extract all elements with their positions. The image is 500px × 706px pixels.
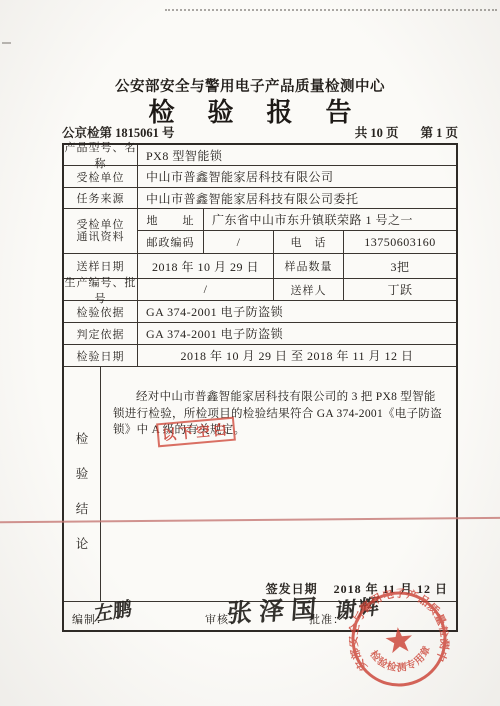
page-number: 第 1 页 bbox=[420, 123, 458, 141]
report-table: 产品型号、名称 PX8 型智能锁 受检单位 中山市普鑫智能家居科技有限公司 任务… bbox=[62, 143, 458, 632]
signature-prepared: 左鹏 bbox=[94, 594, 132, 627]
test-basis-label: 检验依据 bbox=[64, 301, 138, 323]
seal-ring-text: 公安部安全与警用电子产品质量检测中心 bbox=[344, 584, 454, 675]
product-value: PX8 型智能锁 bbox=[138, 145, 456, 166]
phone-label: 电 话 bbox=[274, 231, 344, 254]
unit-value: 中山市普鑫智能家居科技有限公司 bbox=[138, 166, 456, 188]
task-source-value: 中山市普鑫智能家居科技有限公司委托 bbox=[138, 188, 456, 209]
conclusion-vertical-label: 检 验 结 论 bbox=[64, 367, 101, 601]
batch-label: 生产编号、批号 bbox=[64, 279, 138, 301]
test-date-label: 检验日期 bbox=[64, 345, 138, 367]
quantity-label: 样品数量 bbox=[274, 254, 344, 279]
scan-mark bbox=[2, 42, 11, 44]
address-label: 地 址 bbox=[138, 209, 204, 231]
official-seal-stamp: 公安部安全与警用电子产品质量检测中心 检验检测专用章 bbox=[344, 584, 454, 694]
svg-text:公安部安全与警用电子产品质量检测中心: 公安部安全与警用电子产品质量检测中心 bbox=[344, 584, 454, 675]
batch-value: / bbox=[138, 279, 274, 301]
postcode-value: / bbox=[204, 231, 274, 254]
conclusion-text: 经对中山市普鑫智能家居科技有限公司的 3 把 PX8 型智能锁进行检验，所检项目… bbox=[101, 367, 456, 439]
test-basis-value: GA 374-2001 电子防盗锁 bbox=[138, 301, 456, 323]
quantity-value: 3把 bbox=[344, 254, 456, 279]
sender-label: 送样人 bbox=[274, 279, 344, 301]
contact-label: 受检单位 通讯资料 bbox=[64, 209, 138, 254]
product-label: 产品型号、名称 bbox=[64, 145, 138, 166]
conclusion-section: 检 验 结 论 经对中山市普鑫智能家居科技有限公司的 3 把 PX8 型智能锁进… bbox=[64, 367, 456, 602]
phone-value: 13750603160 bbox=[344, 231, 456, 254]
task-source-label: 任务来源 bbox=[64, 188, 138, 209]
judge-basis-value: GA 374-2001 电子防盗锁 bbox=[138, 323, 456, 345]
address-value: 广东省中山市东升镇联荣路 1 号之一 bbox=[204, 209, 456, 231]
judge-basis-label: 判定依据 bbox=[64, 323, 138, 345]
test-date-value: 2018 年 10 月 29 日 至 2018 年 11 月 12 日 bbox=[138, 345, 456, 367]
sample-date-value: 2018 年 10 月 29 日 bbox=[138, 254, 274, 279]
star-icon bbox=[385, 626, 414, 654]
sender-value: 丁跃 bbox=[344, 279, 456, 301]
postcode-label: 邮政编码 bbox=[138, 231, 204, 254]
unit-label: 受检单位 bbox=[64, 166, 138, 188]
scan-edge-artifact bbox=[165, 9, 497, 11]
total-pages: 共 10 页 bbox=[355, 123, 399, 141]
